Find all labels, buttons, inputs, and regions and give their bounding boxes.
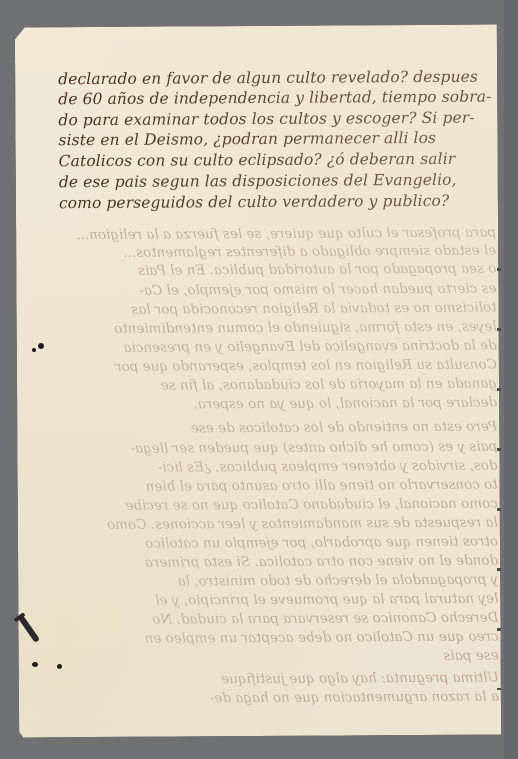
bleed-through-line: creo que un Catolico no debe aceptar un … (79, 629, 499, 648)
bleed-through-line: to conservarlo no tiene alli otro asunto… (78, 477, 498, 496)
bleed-through-line: declare por la nacional, lo que ya no es… (77, 395, 497, 414)
ink-dot-mark (32, 348, 36, 352)
bleed-through-line: Derecho Canonico se reservara para la ci… (78, 610, 498, 629)
bleed-through-line: otros tienen que aprobarlo, por ejemplo … (78, 534, 498, 553)
bleed-through-line: Ultima pregunta: hay algo que justifique (79, 670, 499, 689)
ink-dot-mark (57, 664, 62, 669)
manuscript-line: siste en el Deismo, ¿podran permanecer a… (58, 129, 436, 149)
bleed-through-line: donde el no viene con otra catolica. Si … (78, 553, 498, 572)
bleed-through-line: la respuesta de sus mandamientos y leer … (78, 515, 498, 534)
bleed-through-line: para profesar el culto que quiere, se le… (76, 225, 496, 244)
bleed-through-line: como nacional, el ciudadano Catolico que… (78, 496, 498, 515)
manuscript-page: para profesar el culto que quiere, se le… (15, 25, 501, 738)
bleed-through-line: Pero esta no entiendo de los catolicos d… (77, 419, 497, 438)
bleed-through-line: ese pais (79, 648, 499, 667)
ink-dot-mark (32, 662, 38, 667)
manuscript-line: declarado en favor de algun culto revela… (58, 68, 478, 89)
manuscript-line: Catolicos con su culto eclipsado? ¿ó deb… (59, 150, 456, 170)
manuscript-line: de ese pais segun las disposiciones del … (59, 171, 457, 191)
bleed-through-line: Consulta su Religion en los templos, esp… (77, 357, 497, 376)
bleed-through-line: el estado siempre obligado a diferentes … (76, 243, 496, 262)
bleed-through-line: de la doctrina evangelica del Evangelio … (77, 338, 497, 357)
ink-dot-mark (38, 343, 44, 349)
bleed-through-line: a la razon argumentacion que no haga de- (79, 689, 499, 708)
bleed-through-line: ley natural para la que promueve el prin… (78, 591, 498, 610)
bleed-through-line: tolicismo no es todavia la Religion reco… (77, 300, 497, 319)
bleed-through-line: es cierto puedan hacer lo mismo por ejem… (76, 281, 496, 300)
bleed-through-line: y propagandola el derecho de todo minist… (78, 572, 498, 591)
bleed-through-line: leyes, en esta forma, siguiendo el comun… (77, 319, 497, 338)
bleed-through-line: dos, sirvidos y obtener empleos publicos… (77, 458, 497, 477)
bleed-through-line: o sea propagado por la autoridad publica… (76, 261, 496, 280)
bleed-through-line: ganada en la mayoria de los ciudadanos, … (77, 376, 497, 395)
manuscript-line: do para examinar todos los cultos y esco… (58, 109, 474, 130)
scan-background-strip (504, 0, 518, 759)
manuscript-line: como perseguidos del culto verdadero y p… (59, 192, 450, 212)
torn-page-edge (497, 230, 501, 690)
bleed-through-line: pais y es (como he dicho antes) que pued… (77, 439, 497, 458)
manuscript-line: de 60 años de independencia y libertad, … (58, 88, 491, 109)
